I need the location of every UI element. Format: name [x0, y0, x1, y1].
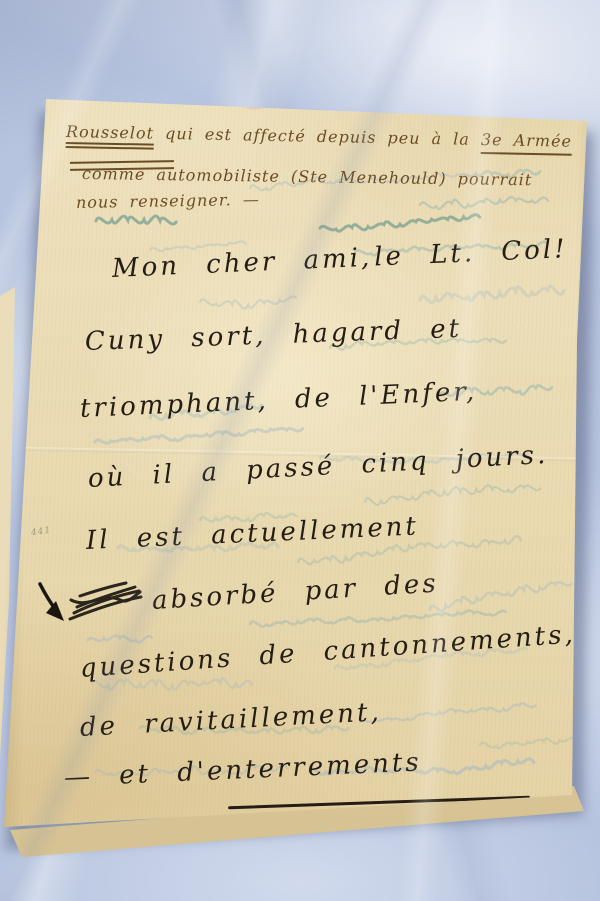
body-line-4: où il a passé cinq jours.: [87, 440, 549, 494]
body-line-salutation: Mon cher ami, le Lt. Col!: [111, 234, 568, 284]
scribble-strikeout-mark: [70, 583, 141, 619]
body-line-8: de ravitaillement,: [79, 697, 382, 743]
body-line-7: questions de cantonnements,: [79, 619, 577, 684]
body-line-5: Il est actuellement: [85, 511, 419, 556]
lt-col-text: le Lt. Col!: [374, 234, 569, 272]
pencil-margin-mark: 441: [30, 526, 51, 539]
body-line-9: — et d'enterrements: [63, 747, 422, 793]
body-line-2: Cuny sort, hagard et: [84, 314, 462, 357]
arrow-down-right-icon: [40, 584, 64, 621]
header-note-line1: Rousselot qui est affecté depuis peu à l…: [66, 122, 572, 151]
letter-page: Rousselot qui est affecté depuis peu à l…: [0, 0, 600, 901]
body-line-3: triomphant, de l'Enfer,: [79, 377, 477, 424]
header-note-line1-middle: qui est affecté depuis peu à la: [165, 124, 470, 149]
body-line-6: absorbé par des: [151, 569, 439, 616]
salutation-text: Mon cher ami,: [111, 243, 372, 284]
underlined-3e-armee: 3e Armée: [481, 130, 572, 156]
header-note-line3: nous renseigner. —: [76, 190, 260, 212]
underlined-name-rousselot: Rousselot: [66, 122, 155, 150]
photo-of-handwritten-letter: Rousselot qui est affecté depuis peu à l…: [0, 0, 600, 901]
header-note-line2: comme automobiliste (Ste Menehould) pour…: [82, 164, 533, 189]
